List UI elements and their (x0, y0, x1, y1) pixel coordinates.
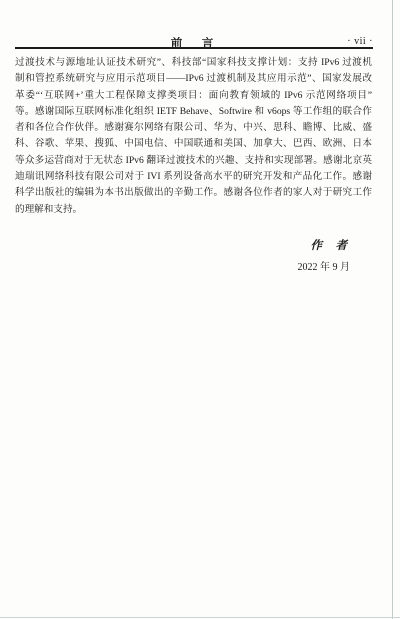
preface-body: 过渡技术与源地址认证技术研究”、科技部“国家科技支撑计划：支持 IPv6 过渡机… (15, 55, 372, 218)
text-line: 的理解和支持。 (15, 202, 372, 218)
text-line: 等众多运营商对于无状态 IPv6 翻译过渡技术的兴趣、支持和实现部署。感谢北京英 (15, 153, 372, 169)
page-number: · vii · (347, 36, 373, 47)
text-line: 迪瑞讯网络科技有限公司对于 IVI 系列设备高水平的研究开发和产品化工作。感谢 (15, 169, 372, 185)
text-line: 科、谷歌、苹果、搜狐、中国电信、中国联通和美国、加拿大、巴西、欧洲、日本 (15, 136, 372, 152)
scan-edge-bottom (0, 617, 400, 618)
text-line: 过渡技术与源地址认证技术研究”、科技部“国家科技支撑计划：支持 IPv6 过渡机 (15, 55, 372, 71)
document-page: 前 言 · vii · 过渡技术与源地址认证技术研究”、科技部“国家科技支撑计划… (0, 0, 400, 619)
scan-edge-right (392, 0, 393, 619)
text-line: 者和各位合作伙伴。感谢赛尔网络有限公司、华为、中兴、思科、瞻博、比威、盛 (15, 120, 372, 136)
signature-date: 2022 年 9 月 (298, 258, 351, 273)
signature-author: 作 者 (298, 237, 349, 253)
page-title: 前 言 (15, 35, 373, 51)
text-line: 科学出版社的编辑为本书出版做出的辛勤工作。感谢各位作者的家人对于研究工作 (15, 185, 372, 201)
header-rule (15, 47, 373, 49)
text-line: 革委“‘互联网+’重大工程保障支撑类项目：面向教育领域的 IPv6 示范网络项目… (15, 88, 372, 104)
text-line: 制和管控系统研究与应用示范项目——IPv6 过渡机制及其应用示范”、国家发展改 (15, 71, 372, 87)
author-signature: 作 者 2022 年 9 月 (298, 237, 351, 273)
text-line: 等。感谢国际互联网标准化组织 IETF Behave、Softwire 和 v6… (15, 104, 372, 120)
